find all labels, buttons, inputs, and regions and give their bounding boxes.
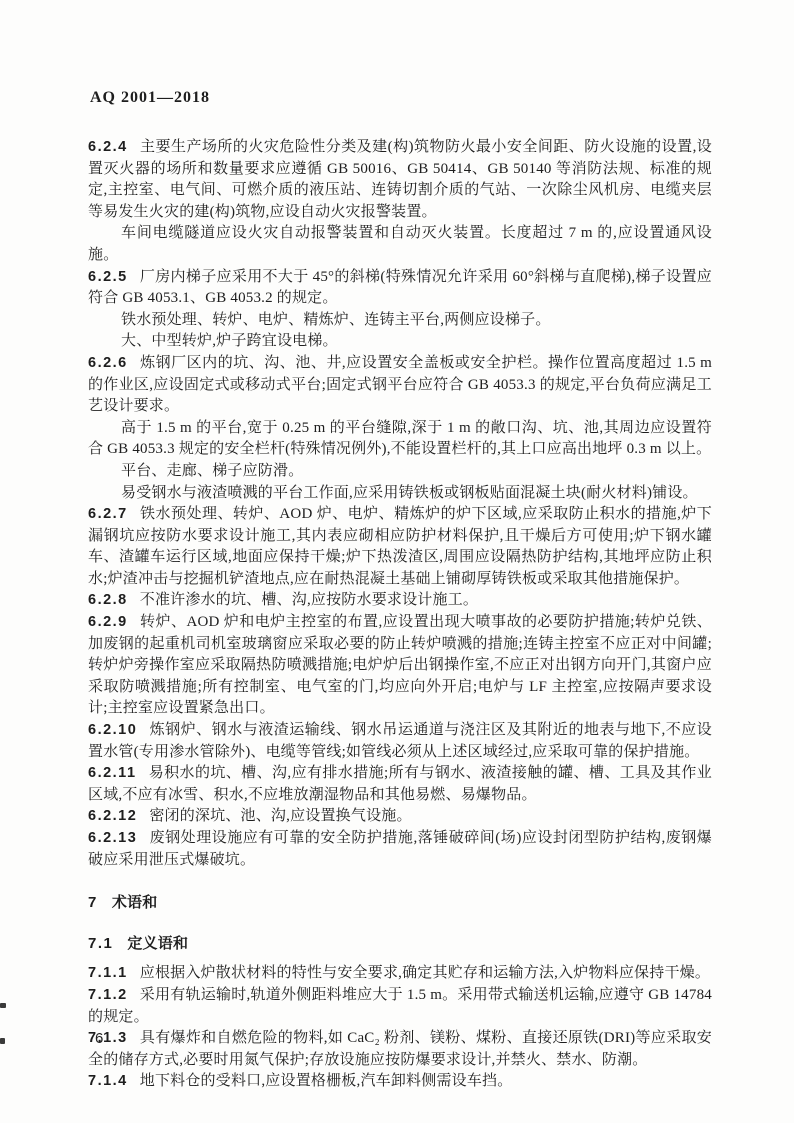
page-number: 6 [95,1030,103,1047]
scan-artifact [0,1003,6,1008]
clause-6.2.7: 6.2.7铁水预处理、转炉、AOD 炉、电炉、精炼炉的炉下区域,应采取防止积水的… [88,504,712,590]
clause-6.2.13: 6.2.13废钢处理设施应有可靠的安全防护措施,落锤破碎间(场)应设封闭型防护结… [88,828,712,871]
section-heading-number: 7.1 [88,935,113,952]
section-heading-7: 7术语和 [88,892,712,914]
clause-number: 6.2.12 [88,808,137,824]
clause-7.1.2: 7.1.2采用有轨运输时,轨道外侧距料堆应大于 1.5 m。采用带式输送机运输,… [88,985,712,1028]
section-heading-number: 7 [88,894,98,911]
clause-text: 采用有轨运输时,轨道外侧距料堆应大于 1.5 m。采用带式输送机运输,应遵守 G… [88,987,712,1025]
clause-text: 转炉、AOD 炉和电炉主控室的布置,应设置出现大喷事故的必要防护措施;转炉兑铁、… [88,614,712,716]
clause-text: 炼钢厂区内的坑、沟、池、井,应设置安全盖板或安全护栏。操作位置高度超过 1.5 … [88,355,712,414]
clause-6.2.9: 6.2.9转炉、AOD 炉和电炉主控室的布置,应设置出现大喷事故的必要防护措施;… [88,612,712,720]
standard-code: AQ 2001—2018 [90,88,712,108]
clause-6.2.12: 6.2.12密闭的深坑、池、沟,应设置换气设施。 [88,806,712,828]
clause-text: 主要生产场所的火灾危险性分类及建(构)筑物防火最小安全间距、防火设施的设置,设置… [88,139,712,220]
clause-6.2.4: 6.2.4主要生产场所的火灾危险性分类及建(构)筑物防火最小安全间距、防火设施的… [88,137,712,223]
clause-number: 6.2.8 [88,592,128,608]
clause-number: 7.1.4 [88,1073,128,1089]
clause-number: 6.2.4 [88,139,128,155]
body-paragraph: 平台、走廊、梯子应防滑。 [88,461,712,483]
clause-6.2.6: 6.2.6炼钢厂区内的坑、沟、池、井,应设置安全盖板或安全护栏。操作位置高度超过… [88,353,712,418]
clause-number: 6.2.5 [88,269,128,285]
clause-text: 密闭的深坑、池、沟,应设置换气设施。 [149,808,411,824]
clause-7.1.3: 7.1.3具有爆炸和自燃危险的物料,如 CaC₂ 粉剂、镁粉、煤粉、直接还原铁(… [88,1028,712,1071]
document-page: AQ 2001—2018 6.2.4主要生产场所的火灾危险性分类及建(构)筑物防… [0,0,794,1123]
clause-6.2.5: 6.2.5厂房内梯子应采用不大于 45°的斜梯(特殊情况允许采用 60°斜梯与直… [88,267,712,310]
clause-7.1.4: 7.1.4地下料仓的受料口,应设置格栅板,汽车卸料侧需设车挡。 [88,1071,712,1093]
clause-number: 7.1.2 [88,987,128,1003]
body-paragraph: 车间电缆隧道应设火灾自动报警装置和自动灭火装置。长度超过 7 m 的,应设置通风… [88,223,712,266]
clause-text: 易积水的坑、槽、沟,应有排水措施;所有与钢水、液渣接触的罐、槽、工具及其作业区域… [88,765,712,803]
clause-7.1.1: 7.1.1应根据入炉散状材料的特性与安全要求,确定其贮存和运输方法,入炉物料应保… [88,963,712,985]
clause-number: 6.2.9 [88,614,128,630]
document-body: 6.2.4主要生产场所的火灾危险性分类及建(构)筑物防火最小安全间距、防火设施的… [88,137,712,1093]
clause-text: 地下料仓的受料口,应设置格栅板,汽车卸料侧需设车挡。 [140,1073,513,1089]
section-heading-label: 术语和 [112,894,158,911]
section-heading-7.1: 7.1定义语和 [88,933,712,955]
clause-text: 不准许渗水的坑、槽、沟,应按防水要求设计施工。 [140,592,478,608]
clause-number: 6.2.6 [88,355,128,371]
clause-text: 废钢处理设施应有可靠的安全防护措施,落锤破碎间(场)应设封闭型防护结构,废钢爆破… [88,830,712,868]
clause-6.2.8: 6.2.8不准许渗水的坑、槽、沟,应按防水要求设计施工。 [88,590,712,612]
section-heading-label: 定义语和 [127,935,188,952]
clause-number: 6.2.7 [88,506,128,522]
clause-text: 铁水预处理、转炉、AOD 炉、电炉、精炼炉的炉下区域,应采取防止积水的措施,炉下… [88,506,712,587]
clause-text: 炼钢炉、钢水与液渣运输线、钢水吊运通道与浇注区及其附近的地表与地下,不应设置水管… [88,722,712,760]
clause-text: 厂房内梯子应采用不大于 45°的斜梯(特殊情况允许采用 60°斜梯与直爬梯),梯… [88,269,712,307]
body-paragraph: 易受钢水与液渣喷溅的平台工作面,应采用铸铁板或钢板贴面混凝土块(耐火材料)铺设。 [88,483,712,505]
clause-number: 7.1.3 [88,1030,128,1046]
clause-text: 具有爆炸和自燃危险的物料,如 CaC₂ 粉剂、镁粉、煤粉、直接还原铁(DRI)等… [88,1030,712,1068]
clause-number: 6.2.11 [88,765,137,781]
clause-number: 7.1.1 [88,965,128,981]
clause-text: 应根据入炉散状材料的特性与安全要求,确定其贮存和运输方法,入炉物料应保持干燥。 [140,965,710,981]
clause-6.2.11: 6.2.11易积水的坑、槽、沟,应有排水措施;所有与钢水、液渣接触的罐、槽、工具… [88,763,712,806]
clause-number: 6.2.13 [88,830,137,846]
body-paragraph: 大、中型转炉,炉子跨宜设电梯。 [88,331,712,353]
body-paragraph: 铁水预处理、转炉、电炉、精炼炉、连铸主平台,两侧应设梯子。 [88,310,712,332]
clause-6.2.10: 6.2.10炼钢炉、钢水与液渣运输线、钢水吊运通道与浇注区及其附近的地表与地下,… [88,720,712,763]
clause-number: 6.2.10 [88,722,137,738]
body-paragraph: 高于 1.5 m 的平台,宽于 0.25 m 的平台缝隙,深于 1 m 的敞口沟… [88,418,712,461]
scan-artifact [0,1038,5,1044]
